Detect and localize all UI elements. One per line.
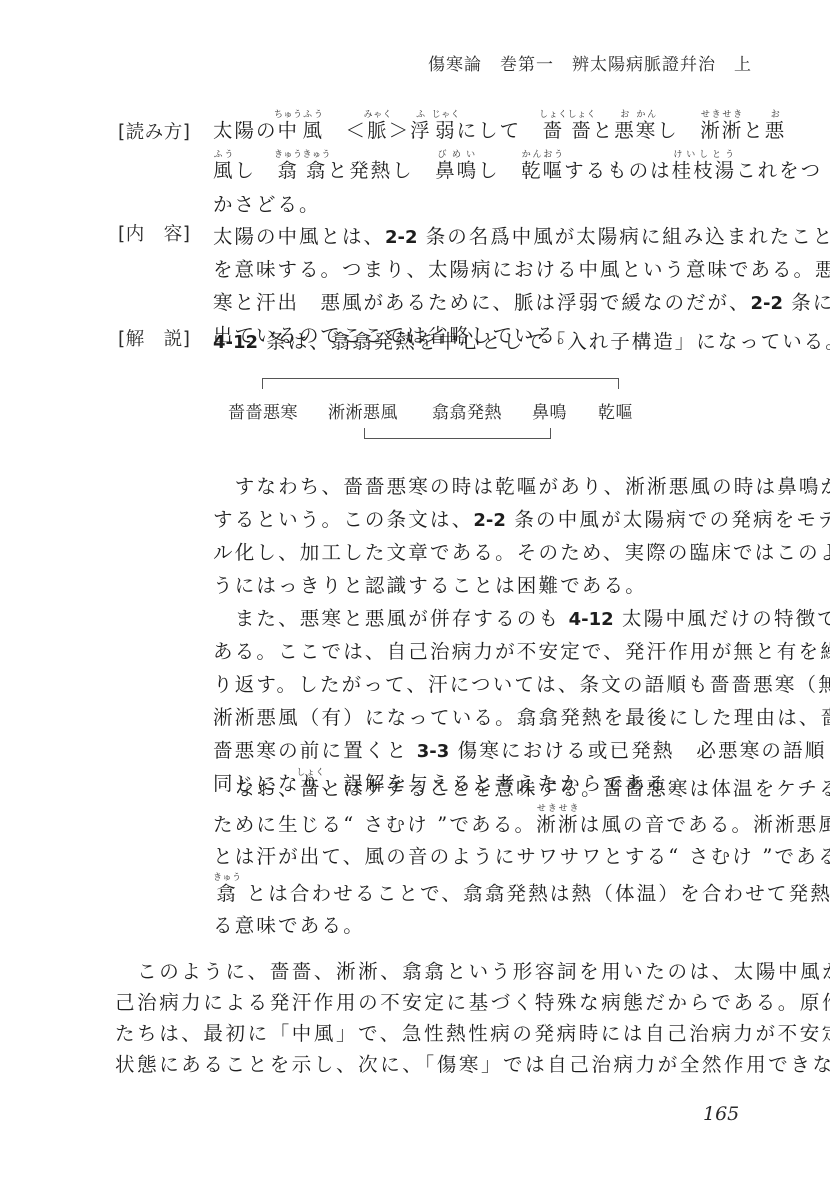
paragraph-line: また、悪寒と悪風が併存するのも 4-12 太陽中風だけの特徴で (213, 602, 753, 635)
paragraph-line: り返す。したがって、汗については、条文の語順も嗇嗇悪寒（無）、 (213, 668, 753, 701)
explanation-label: [解 説] (118, 325, 190, 351)
ruby-word: 悪お (614, 119, 636, 142)
paragraph-line: 翕きゅう とは合わせることで、翕翕発熱は熱（体温）を合わせて発熱す (213, 873, 753, 909)
paragraph-line: うにはっきりと認識することは困難である。 (213, 569, 753, 602)
content-line: を意味する。つまり、太陽病における中風という意味である。悪 (213, 253, 753, 286)
diagram-term: 翕翕発熱 (432, 398, 502, 423)
ruby-word: 弱じゃく (432, 119, 457, 142)
content-label: [内 容] (118, 220, 190, 246)
reading-text: 太陽の中ちゅう風ふう ＜脈みゃく＞浮ふ弱じゃくにして 嗇しょく嗇しょくと悪お寒か… (213, 110, 753, 220)
paragraph-line: なお、嗇しょくとはケチることを意味する。嗇嗇悪寒は体温をケチる (213, 768, 753, 804)
article-number: 4-12 (213, 332, 258, 353)
diagram-term: 嗇嗇悪寒 (228, 398, 298, 423)
reading-line: 風ふうし 翕きゅう翕きゅうと発熱し 鼻鳴びめいし 乾嘔かんおうするものは桂枝湯け… (213, 150, 753, 190)
closing-line: 状態にあることを示し、次に、「傷寒」では自己治病力が全然作用できない状 (115, 1049, 755, 1080)
diagram-term: 淅淅悪風 (328, 398, 398, 423)
article-number: 2-2 (751, 293, 784, 314)
diagram-term: 乾嘔 (598, 398, 633, 423)
ruby-word: 浮ふ (410, 119, 432, 142)
outer-bracket (262, 378, 619, 389)
ruby-word: 嗇しょく (543, 119, 568, 142)
ruby-word: 中ちゅう (278, 119, 303, 142)
content-line: 太陽の中風とは、2-2 条の名爲中風が太陽病に組み込まれたこと (213, 220, 753, 253)
paragraph-line: するという。この条文は、2-2 条の中風が太陽病での発病をモデ (213, 503, 753, 536)
ruby-word: 嗇しょく (300, 777, 322, 800)
paragraph-line: ある。ここでは、自己治病力が不安定で、発汗作用が無と有を繰 (213, 635, 753, 668)
content-line: 寒と汗出 悪風があるために、脈は浮弱で緩なのだが、2-2 条に (213, 286, 753, 319)
running-head: 傷寒論 巻第一 辨太陽病脈證幷治 上 (428, 50, 752, 75)
closing-line: 己治病力による発汗作用の不安定に基づく特殊な病態だからである。原作者 (115, 987, 755, 1018)
paragraph-line: ル化し、加工した文章である。そのため、実際の臨床ではこのよ (213, 536, 753, 569)
explanation-paragraph: なお、嗇しょくとはケチることを意味する。嗇嗇悪寒は体温をケチるために生じる“ さ… (213, 768, 753, 942)
closing-line: このように、嗇嗇、淅淅、翕翕という形容詞を用いたのは、太陽中風が自 (115, 956, 755, 987)
reading-label: [読み方] (118, 118, 190, 144)
reading-line: かさどる。 (213, 190, 753, 220)
ruby-word: 翕きゅう (303, 159, 328, 182)
ruby-word: 翕きゅう (278, 159, 303, 182)
ruby-word: 淅淅せきせき (536, 813, 579, 836)
closing-line: たちは、最初に「中風」で、急性熱性病の発病時には自己治病力が不安定な (115, 1018, 755, 1049)
article-number: 2-2 (385, 227, 418, 248)
ruby-word: 風ふう (303, 119, 325, 142)
paragraph-line: すなわち、嗇嗇悪寒の時は乾嘔があり、淅淅悪風の時は鼻鳴が (213, 470, 753, 503)
ruby-word: 翕きゅう (213, 882, 238, 905)
ruby-word: 桂枝湯けいしとう (672, 159, 737, 182)
ruby-word: 脈みゃく (367, 119, 389, 142)
explanation-intro-line: 4-12 条は、翕翕発熱を中心として「入れ子構造」になっている。 (213, 325, 753, 358)
paragraph-line: 嗇悪寒の前に置くと 3-3 傷寒における或已発熱 必悪寒の語順と (213, 734, 753, 767)
ruby-word: 嗇しょく (568, 119, 593, 142)
reading-line: 太陽の中ちゅう風ふう ＜脈みゃく＞浮ふ弱じゃくにして 嗇しょく嗇しょくと悪お寒か… (213, 110, 753, 150)
ruby-word: 悪お (765, 119, 787, 142)
ruby-word: 淅淅せきせき (700, 119, 743, 142)
closing-paragraph: このように、嗇嗇、淅淅、翕翕という形容詞を用いたのは、太陽中風が自 己治病力によ… (115, 956, 755, 1080)
article-number: 3-3 (417, 741, 450, 762)
ruby-word: 乾嘔かんおう (521, 159, 564, 182)
ruby-word: 風ふう (213, 159, 235, 182)
paragraph-line: る意味である。 (213, 909, 753, 942)
paragraph-line: 淅淅悪風（有）になっている。翕翕発熱を最後にした理由は、嗇 (213, 701, 753, 734)
page-number: 165 (703, 1103, 739, 1125)
explanation-paragraph: すなわち、嗇嗇悪寒の時は乾嘔があり、淅淅悪風の時は鼻鳴がするという。この条文は、… (213, 470, 753, 602)
ruby-word: 寒かん (636, 119, 658, 142)
diagram-term: 鼻鳴 (532, 398, 567, 423)
explanation-intro: 4-12 条は、翕翕発熱を中心として「入れ子構造」になっている。 (213, 325, 753, 358)
article-number: 2-2 (473, 510, 506, 531)
nesting-diagram: 嗇嗇悪寒 淅淅悪風 翕翕発熱 鼻鳴 乾嘔 (220, 370, 660, 450)
article-number: 4-12 (569, 609, 614, 630)
inner-bracket (364, 428, 551, 439)
ruby-word: 鼻鳴びめい (435, 159, 478, 182)
paragraph-line: ために生じる“ さむけ ”である。淅淅せきせきは風の音である。淅淅悪風 (213, 804, 753, 840)
paragraph-line: とは汗が出て、風の音のようにサワサワとする“ さむけ ”である。 (213, 840, 753, 873)
